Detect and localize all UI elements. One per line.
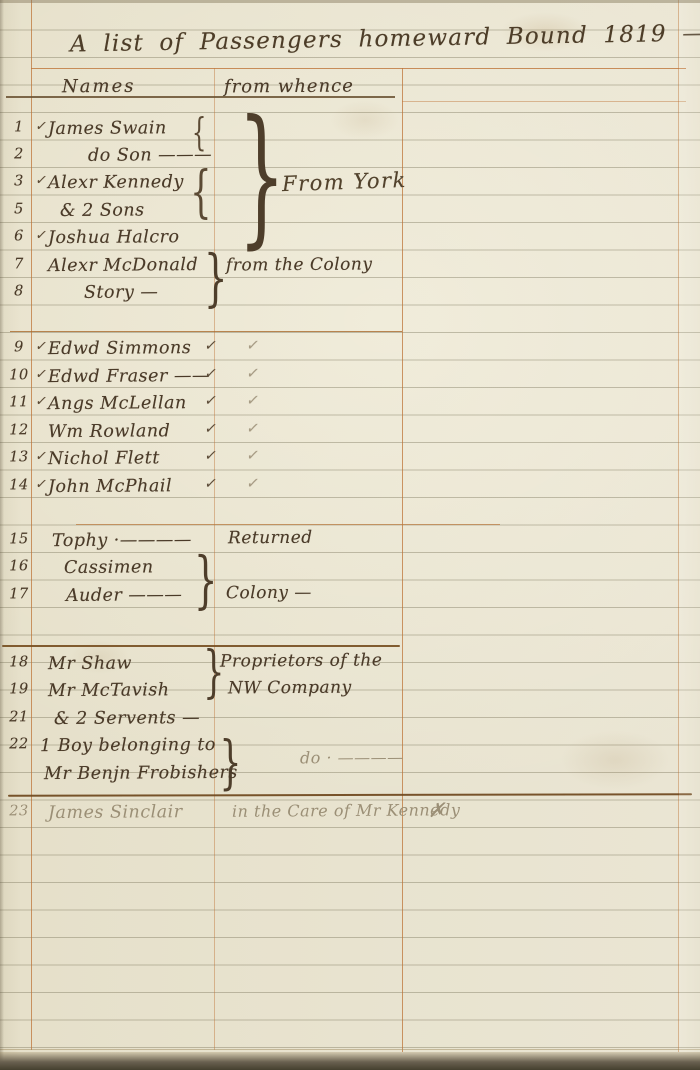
whence-note-from-york: From York <box>282 168 408 196</box>
passenger-name: James Swain <box>48 118 167 139</box>
row-number: 7 <box>6 256 32 272</box>
passenger-name: Story — <box>84 282 159 303</box>
row-number: 18 <box>6 654 32 670</box>
row-number: 11 <box>6 394 32 410</box>
table-row: 10 ✓ Edwd Fraser —— ✓ ✓ <box>0 362 700 393</box>
whence-note-from-colony: from the Colony <box>226 254 373 275</box>
row-number: 15 <box>6 531 32 547</box>
passenger-name: Alexr McDonald <box>48 255 198 276</box>
passenger-name: 1 Boy belonging to <box>40 735 216 756</box>
passenger-name: & 2 Sons <box>60 200 145 221</box>
row-number: 2 <box>6 146 32 162</box>
check-icon: ✓ <box>204 420 216 436</box>
passenger-name: Joshua Halcro <box>48 227 180 248</box>
row-number: 22 <box>6 736 32 752</box>
table-row: 2 do Son ——— <box>0 142 700 173</box>
check-icon: ✓ <box>35 449 47 464</box>
row-number: 3 <box>6 173 32 189</box>
whence-note-company: NW Company <box>228 678 352 699</box>
page-edge-top <box>0 0 700 3</box>
passenger-name: do Son ——— <box>88 145 212 166</box>
whence-note-proprietors: Proprietors of the <box>220 650 383 671</box>
check-icon: ✓ <box>246 420 258 436</box>
check-icon: ✓ <box>246 393 258 409</box>
passenger-name: & 2 Servents — <box>54 708 200 729</box>
passenger-name: Cassimen <box>64 557 154 578</box>
whence-note-returned: Returned <box>228 528 313 549</box>
table-row: 12 Wm Rowland ✓ ✓ <box>0 417 700 448</box>
table-row: 5 & 2 Sons <box>0 196 700 227</box>
table-row: 14 ✓ John McPhail ✓ ✓ <box>0 472 700 503</box>
row-number: 17 <box>6 586 32 602</box>
check-icon: ✓ <box>35 173 47 188</box>
page-margin-strip <box>679 0 700 1052</box>
check-icon: ✓ <box>35 228 47 243</box>
row-number: 14 <box>6 477 32 493</box>
page-edge-left <box>0 0 4 1070</box>
row-number: 12 <box>6 422 32 438</box>
table-row: 1 ✓ James Swain <box>0 115 700 146</box>
table-row: 15 Tophy ·———— <box>0 526 700 557</box>
check-icon: ✓ <box>204 448 216 464</box>
passenger-name-continued: Mr Benjn Frobishers <box>44 762 238 783</box>
column-header-names: Names <box>62 76 136 98</box>
passenger-name: John McPhail <box>48 476 172 497</box>
passenger-name: Wm Rowland <box>48 421 170 442</box>
row-number: 16 <box>6 558 32 574</box>
check-icon: ✓ <box>246 475 258 491</box>
check-icon: ✓ <box>246 448 258 464</box>
page-edge-bottom <box>0 1052 700 1070</box>
check-icon: ✓ <box>204 475 216 491</box>
passenger-name: Edwd Fraser —— <box>48 365 210 386</box>
cross-icon: ✗ <box>428 798 445 822</box>
section-rule-1 <box>10 331 402 332</box>
passenger-name: Auder ——— <box>66 585 183 606</box>
passenger-name: Alexr Kennedy <box>48 172 184 193</box>
table-row: 21 & 2 Servents — <box>0 704 700 735</box>
bottom-rule <box>0 1049 700 1050</box>
check-icon: ✓ <box>35 367 47 382</box>
row-number: 21 <box>6 709 32 725</box>
section-rule-3 <box>2 645 400 647</box>
row-number: 9 <box>6 339 32 355</box>
header-rule-right <box>402 101 686 102</box>
row-number: 6 <box>6 228 32 244</box>
row-number: 1 <box>6 119 32 135</box>
row-number: 8 <box>6 283 32 299</box>
passenger-name: Nichol Flett <box>48 448 160 469</box>
table-top-rule <box>31 68 686 69</box>
table-row: 11 ✓ Angs McLellan ✓ ✓ <box>0 390 700 421</box>
whence-note-ditto: do · ———— <box>300 748 404 768</box>
table-row: 13 ✓ Nichol Flett ✓ ✓ <box>0 445 700 476</box>
whence-note-colony: Colony — <box>226 583 312 604</box>
table-row: 9 ✓ Edwd Simmons ✓ ✓ <box>0 335 700 366</box>
row-number: 5 <box>6 201 32 217</box>
check-icon: ✓ <box>204 365 216 381</box>
check-icon: ✓ <box>35 477 47 492</box>
check-icon: ✓ <box>35 119 47 134</box>
passenger-name: Mr Shaw <box>48 653 132 674</box>
table-row: 6 ✓ Joshua Halcro <box>0 224 700 255</box>
check-icon: ✓ <box>246 338 258 354</box>
check-icon: ✓ <box>35 394 47 409</box>
row-number: 13 <box>6 449 32 465</box>
row-number: 19 <box>6 681 32 697</box>
row-number: 10 <box>6 367 32 383</box>
check-icon: ✓ <box>204 393 216 409</box>
passenger-name: Angs McLellan <box>48 393 187 414</box>
section-rule-2 <box>76 524 500 525</box>
passenger-name: Mr McTavish <box>48 680 170 701</box>
table-row: 17 Auder ——— <box>0 581 700 612</box>
check-icon: ✓ <box>35 339 47 354</box>
check-icon: ✓ <box>204 338 216 354</box>
manuscript-page: A list of Passengers homeward Bound 1819… <box>0 0 700 1070</box>
passenger-name: Edwd Simmons <box>48 338 191 359</box>
passenger-name: Tophy ·———— <box>52 530 192 551</box>
table-row: 16 Cassimen <box>0 554 700 585</box>
row-number: 23 <box>6 803 32 819</box>
whence-note-care: in the Care of Mr Kennedy <box>232 800 461 821</box>
passenger-name: James Sinclair <box>48 802 183 823</box>
table-row: 8 Story — <box>0 279 700 310</box>
check-icon: ✓ <box>246 365 258 381</box>
